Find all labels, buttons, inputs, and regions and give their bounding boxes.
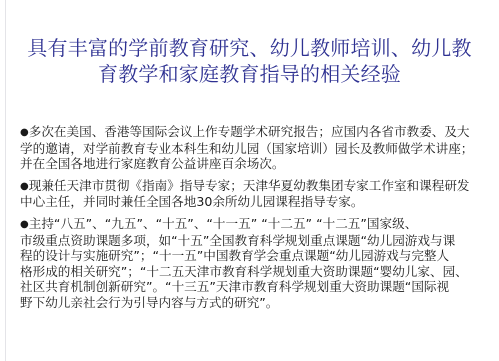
bullet-line: ●现兼任天津市贯彻《指南》指导专家；天津华夏幼教集团专家工作室和课程研发 (20, 178, 488, 195)
slide-title: 具有丰富的学前教育研究、幼儿教师培训、幼儿教 育教学和家庭教育指导的相关经验 (20, 35, 479, 87)
bullet-item-research-projects: ●主持“八五”、“九五”、“十五”、“十一五” “十二五” “十二五”国家级、 … (20, 216, 488, 311)
bullet-dot-icon: ● (20, 181, 29, 192)
bullet-line: ●多次在美国、香港等国际会议上作专题学术研究报告；应国内各省市教委、及大 (20, 124, 488, 141)
bullet-line: 并在全国各地进行家庭教育公益讲座百余场次。 (20, 156, 488, 172)
slide: 具有丰富的学前教育研究、幼儿教师培训、幼儿教 育教学和家庭教育指导的相关经验 ●… (0, 0, 499, 361)
bullet-line: 野下幼儿亲社会行为引导内容与方式的研究”。 (20, 295, 488, 311)
bullet-text: 现兼任天津市贯彻《指南》指导专家；天津华夏幼教集团专家工作室和课程研发 (29, 178, 470, 193)
title-line-2: 育教学和家庭教育指导的相关经验 (20, 61, 479, 87)
bullet-line: ●主持“八五”、“九五”、“十五”、“十一五” “十二五” “十二五”国家级、 (20, 216, 488, 233)
bullet-line: 学的邀请，对学前教育专业本科生和幼儿园（国家培训）园长及教师做学术讲座； (20, 141, 488, 157)
bullet-line: 中心主任，并同时兼任全国各地30余所幼儿园课程指导专家。 (20, 194, 488, 210)
bullet-line: 格形成的相关研究”；“十二五天津市教育科学规划重大资助课题“婴幼儿家、园、 (20, 264, 488, 280)
bullet-text: 多次在美国、香港等国际会议上作专题学术研究报告；应国内各省市教委、及大 (29, 124, 470, 139)
bullet-item-lectures: ●多次在美国、香港等国际会议上作专题学术研究报告；应国内各省市教委、及大 学的邀… (20, 124, 488, 172)
bullet-list: ●多次在美国、香港等国际会议上作专题学术研究报告；应国内各省市教委、及大 学的邀… (20, 124, 488, 317)
bullet-line: 程的设计与实施研究”；“十一五”中国教育学会重点课题“幼儿园游戏与完整人 (20, 248, 488, 264)
bullet-dot-icon: ● (20, 127, 29, 138)
bullet-text: 主持“八五”、“九五”、“十五”、“十一五” “十二五” “十二五”国家级、 (29, 216, 418, 231)
bullet-item-positions: ●现兼任天津市贯彻《指南》指导专家；天津华夏幼教集团专家工作室和课程研发 中心主… (20, 178, 488, 210)
left-border-line (5, 0, 6, 361)
bullet-line: 市级重点资助课题多项，如“十五”全国教育科学规划重点课题“幼儿园游戏与课 (20, 233, 488, 249)
title-line-1: 具有丰富的学前教育研究、幼儿教师培训、幼儿教 (20, 35, 479, 61)
bullet-dot-icon: ● (20, 219, 29, 230)
bullet-line: 社区共育机制创新研究”。“十三五”天津市教育科学规划重大资助课题“国际视 (20, 279, 488, 295)
